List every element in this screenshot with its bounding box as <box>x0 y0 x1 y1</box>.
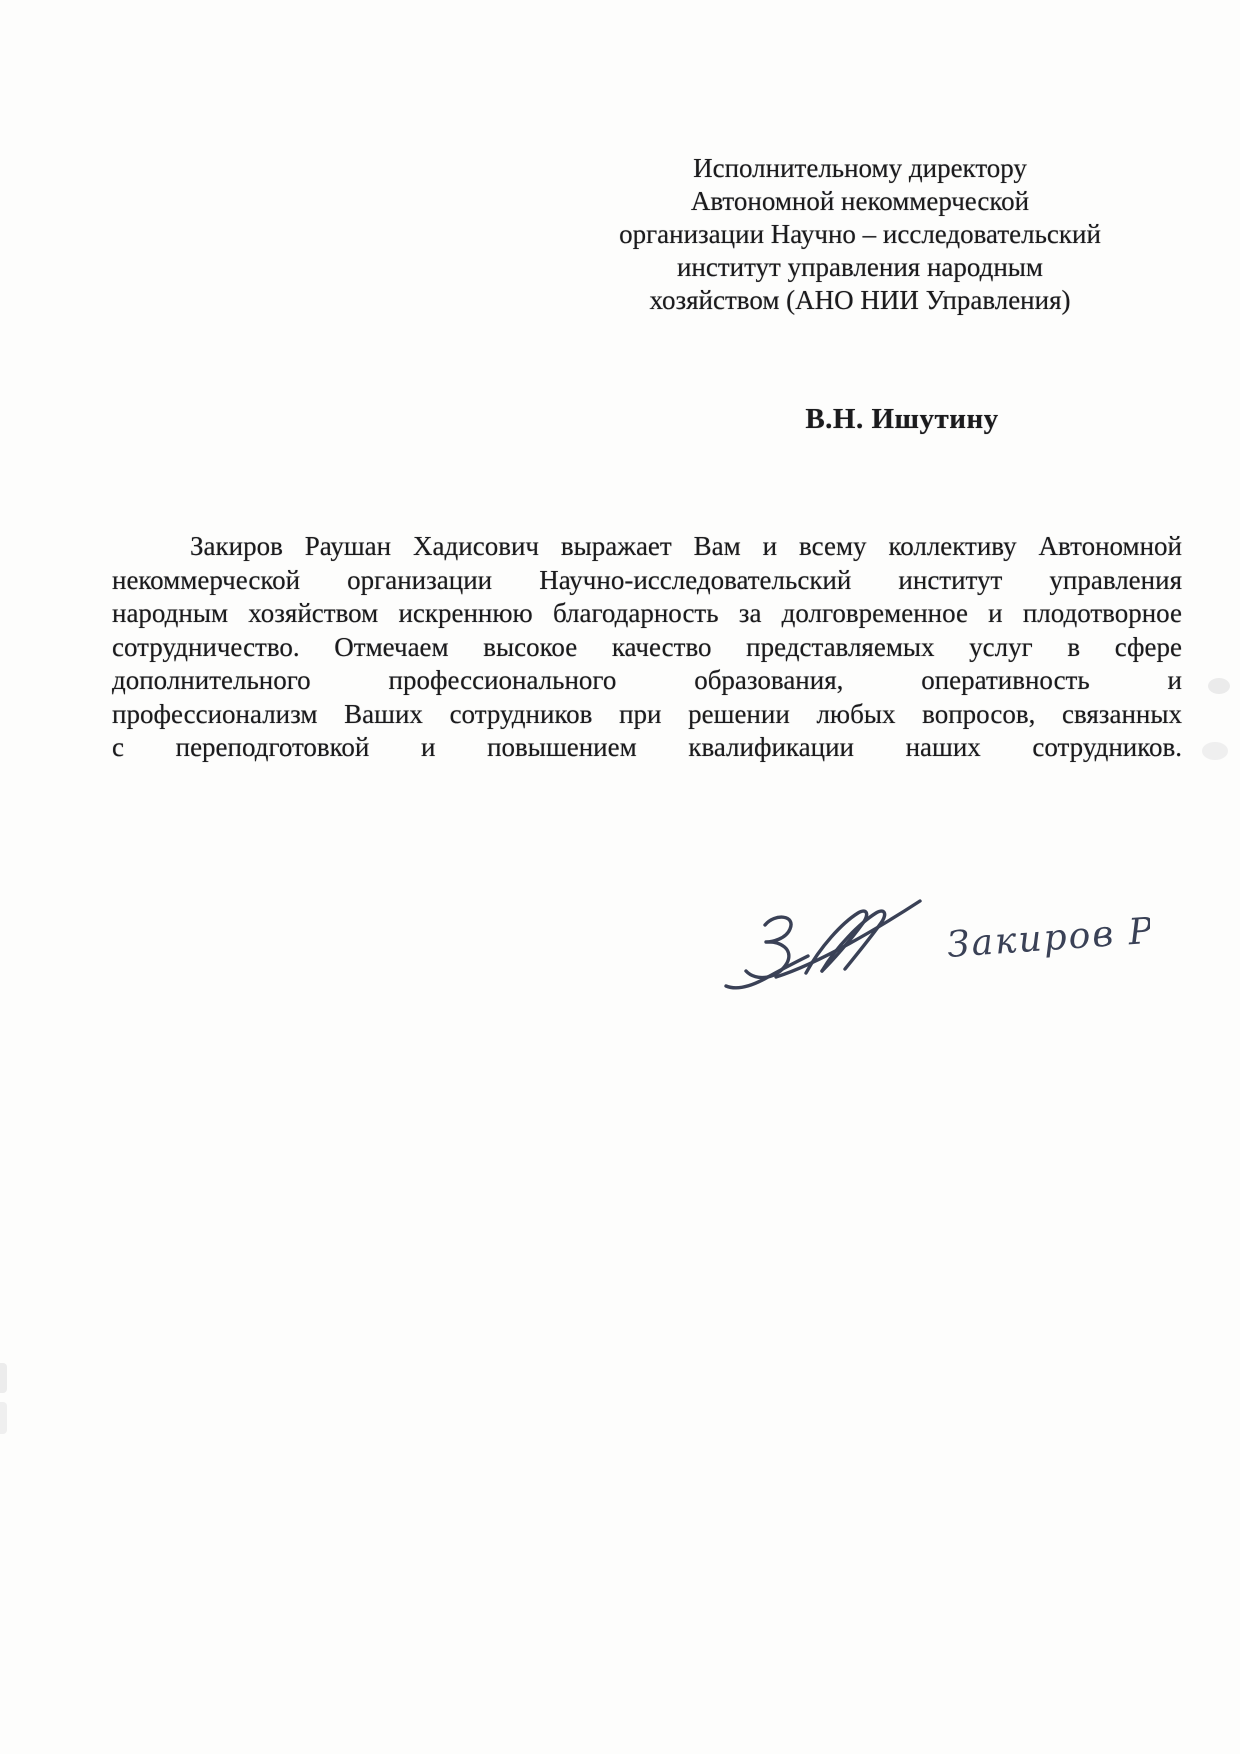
scan-artifact <box>1202 742 1228 760</box>
recipient-line: организации Научно – исследовательский <box>598 218 1122 251</box>
signature-name: Закиров Р.Х <box>946 908 1150 966</box>
addressee-name: В.Н. Ишутину <box>640 403 1164 436</box>
scan-artifact <box>1208 678 1230 694</box>
body-line: народным хозяйством искреннюю благодарно… <box>112 597 1182 631</box>
body-line: сотрудничество. Отмечаем высокое качеств… <box>112 631 1182 665</box>
letter-page: Исполнительному директору Автономной нек… <box>0 0 1240 1754</box>
body-line: с переподготовкой и повышением квалифика… <box>112 731 1182 765</box>
body-line: профессионализм Ваших сотрудников при ре… <box>112 698 1182 732</box>
signature-flourish <box>726 956 808 988</box>
recipient-line: институт управления народным <box>598 251 1122 284</box>
scan-artifact <box>0 1402 7 1434</box>
letter-body: Закиров Раушан Хадисович выражает Вам и … <box>112 530 1182 765</box>
body-line: дополнительного профессионального образо… <box>112 664 1182 698</box>
recipient-line: Исполнительному директору <box>598 152 1122 185</box>
body-line: Закиров Раушан Хадисович выражает Вам и … <box>112 530 1182 564</box>
recipient-line: Автономной некоммерческой <box>598 185 1122 218</box>
body-line: некоммерческой организации Научно-исслед… <box>112 564 1182 598</box>
scan-artifact <box>0 1363 7 1393</box>
signature-area: Закиров Р.Х <box>710 885 1150 1015</box>
signature-flourish <box>806 911 867 973</box>
recipient-line: хозяйством (АНО НИИ Управления) <box>598 284 1122 317</box>
recipient-address-block: Исполнительному директору Автономной нек… <box>598 152 1122 317</box>
